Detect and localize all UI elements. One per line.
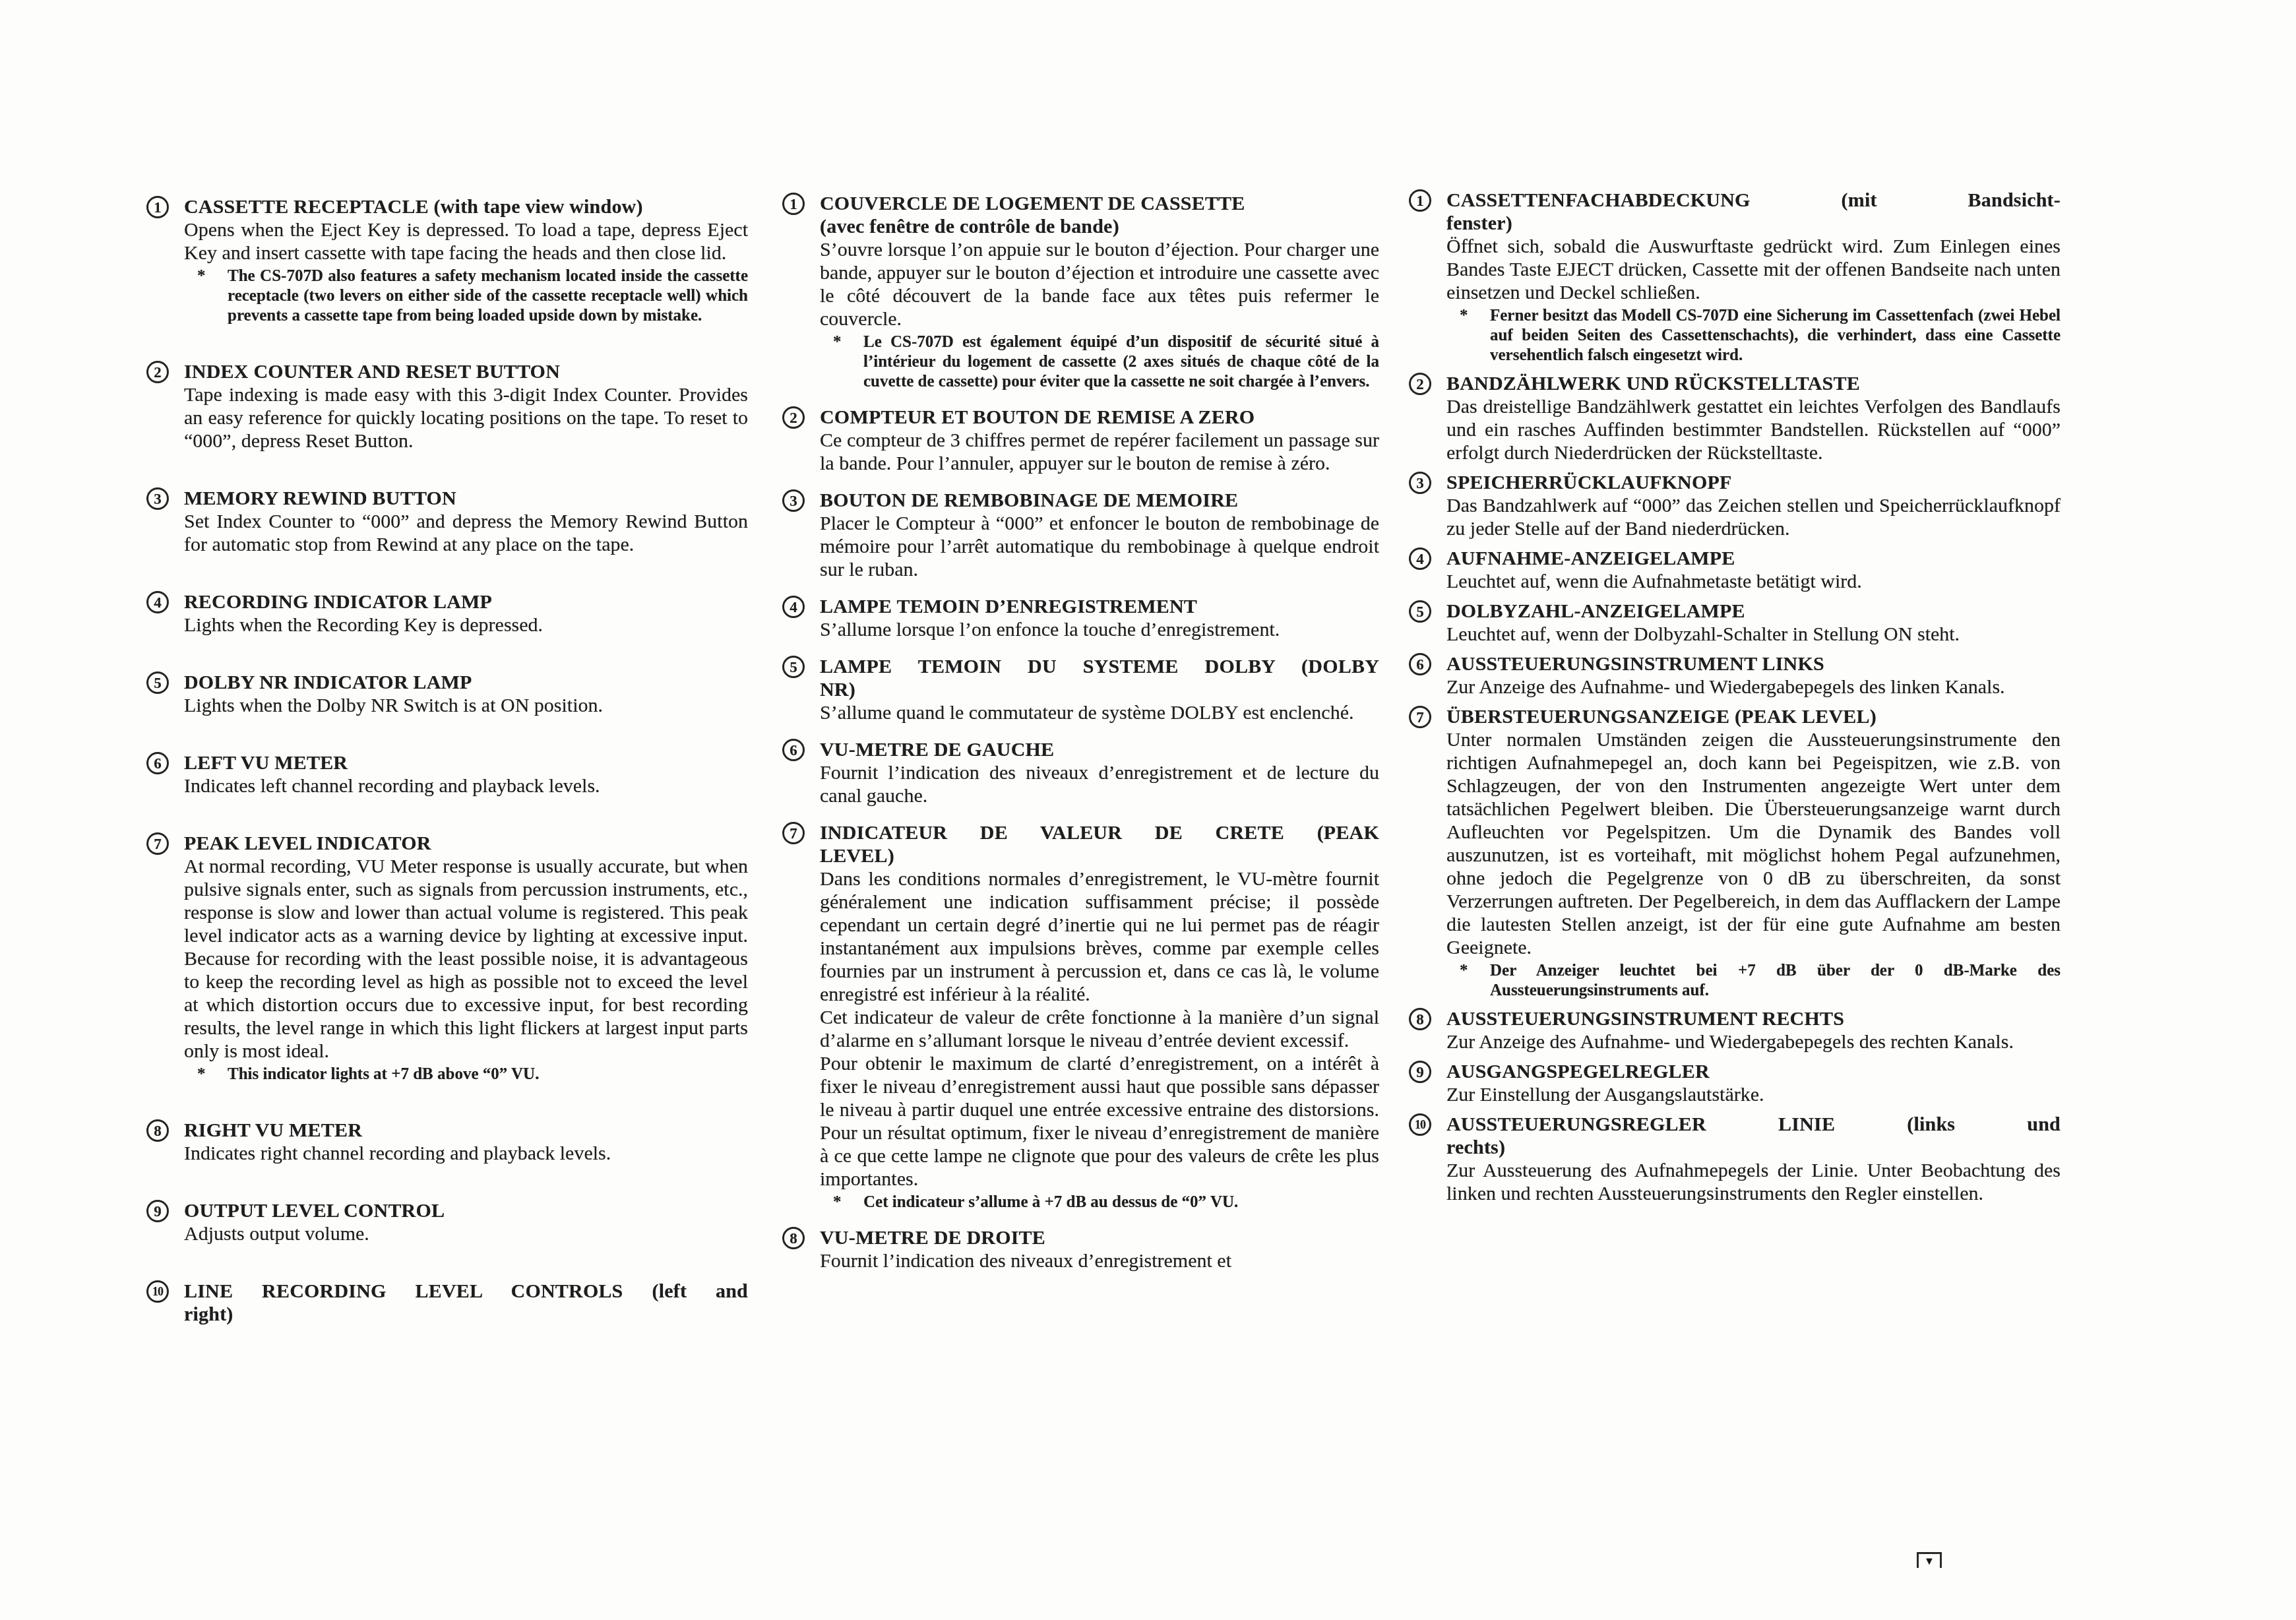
manual-page: 1CASSETTE RECEPTACLE (with tape view win… (0, 0, 2296, 1620)
paragraph: Cet indicateur de valeur de crête foncti… (820, 1006, 1379, 1052)
section-title: AUSSTEUERUNGSINSTRUMENT LINKS (1446, 652, 2061, 675)
paragraph: Lights when the Dolby NR Switch is at ON… (184, 694, 748, 717)
section-title: LEFT VU METER (184, 751, 748, 774)
section-title: AUSSTEUERUNGSREGLER LINIE (links undrech… (1446, 1113, 2061, 1159)
section-title: INDEX COUNTER AND RESET BUTTON (184, 360, 748, 383)
section: 10AUSSTEUERUNGSREGLER LINIE (links undre… (1409, 1113, 2061, 1205)
paragraph: Indicates right channel recording and pl… (184, 1142, 748, 1165)
section: 2INDEX COUNTER AND RESET BUTTONTape inde… (146, 360, 748, 452)
section: 9AUSGANGSPEGELREGLERZur Einstellung der … (1409, 1060, 2061, 1106)
section: 6LEFT VU METERIndicates left channel rec… (146, 751, 748, 797)
section-title-line: DOLBYZAHL-ANZEIGELAMPE (1446, 600, 2061, 623)
section-title-line: AUSSTEUERUNGSINSTRUMENT LINKS (1446, 652, 2061, 675)
section-number-badge: 3 (146, 487, 169, 510)
section: 8RIGHT VU METERIndicates right channel r… (146, 1119, 748, 1165)
footnote: *Der Anzeiger leuchtet bei +7 dB über de… (1460, 961, 2061, 1001)
section-title-line2: fenster) (1446, 212, 2061, 235)
section-title: COMPTEUR ET BOUTON DE REMISE A ZERO (820, 406, 1379, 429)
section-title-line2: rechts) (1446, 1136, 2061, 1159)
section-title: BANDZÄHLWERK UND RÜCKSTELLTASTE (1446, 372, 2061, 395)
section-title-line: AUSSTEUERUNGSINSTRUMENT RECHTS (1446, 1007, 2061, 1030)
section: 9OUTPUT LEVEL CONTROLAdjusts output volu… (146, 1199, 748, 1245)
section-title-line: OUTPUT LEVEL CONTROL (184, 1199, 748, 1222)
section: 8AUSSTEUERUNGSINSTRUMENT RECHTSZur Anzei… (1409, 1007, 2061, 1053)
section-title-line2: LEVEL) (820, 844, 1379, 867)
paragraph: Tape indexing is made easy with this 3-d… (184, 383, 748, 452)
section-title: BOUTON DE REMBOBINAGE DE MEMOIRE (820, 489, 1379, 512)
section: 2COMPTEUR ET BOUTON DE REMISE A ZEROCe c… (782, 406, 1379, 475)
section-title-line2: NR) (820, 678, 1379, 701)
section-number-badge: 9 (146, 1200, 169, 1222)
section-number-badge: 3 (782, 489, 805, 512)
section-title: VU-METRE DE DROITE (820, 1226, 1379, 1249)
section-title-line: AUSSTEUERUNGSREGLER LINIE (links und (1446, 1113, 2061, 1136)
paragraph: S’allume lorsque l’on enfonce la touche … (820, 618, 1379, 641)
section: 2BANDZÄHLWERK UND RÜCKSTELLTASTEDas drei… (1409, 372, 2061, 464)
section-number-badge: 8 (782, 1227, 805, 1249)
section-title: DOLBYZAHL-ANZEIGELAMPE (1446, 600, 2061, 623)
section-title: AUFNAHME-ANZEIGELAMPE (1446, 547, 2061, 570)
section-number-badge: 2 (146, 361, 169, 383)
paragraph: Zur Aussteuerung des Aufnahmepegels der … (1446, 1159, 2061, 1205)
section-title-line: INDEX COUNTER AND RESET BUTTON (184, 360, 748, 383)
section: 4AUFNAHME-ANZEIGELAMPELeuchtet auf, wenn… (1409, 547, 2061, 593)
section-number-badge: 2 (782, 406, 805, 429)
section-title-line: BOUTON DE REMBOBINAGE DE MEMOIRE (820, 489, 1379, 512)
section-title: MEMORY REWIND BUTTON (184, 487, 748, 510)
section-number-badge: 6 (146, 752, 169, 774)
section-number-badge: 7 (1409, 706, 1431, 728)
paragraph: Adjusts output volume. (184, 1222, 748, 1245)
section-title: DOLBY NR INDICATOR LAMP (184, 671, 748, 694)
section-number-badge: 10 (1409, 1113, 1431, 1136)
footnote-text: Der Anzeiger leuchtet bei +7 dB über der… (1490, 961, 2061, 1001)
section: 1CASSETTENFACHABDECKUNG (mit Bandsicht-f… (1409, 189, 2061, 365)
section: 3MEMORY REWIND BUTTONSet Index Counter t… (146, 487, 748, 556)
section: 6VU-METRE DE GAUCHEFournit l’indication … (782, 738, 1379, 807)
section: 7INDICATEUR DE VALEUR DE CRETE (PEAKLEVE… (782, 821, 1379, 1212)
section-title-line: AUSGANGSPEGELREGLER (1446, 1060, 2061, 1083)
section-title: AUSSTEUERUNGSINSTRUMENT RECHTS (1446, 1007, 2061, 1030)
section: 4LAMPE TEMOIN D’ENREGISTREMENTS’allume l… (782, 595, 1379, 641)
section-number-badge: 7 (146, 832, 169, 855)
section-title-line: CASSETTENFACHABDECKUNG (mit Bandsicht- (1446, 189, 2061, 212)
section-title: LAMPE TEMOIN D’ENREGISTREMENT (820, 595, 1379, 618)
paragraph: Indicates left channel recording and pla… (184, 774, 748, 797)
section: 5DOLBYZAHL-ANZEIGELAMPELeuchtet auf, wen… (1409, 600, 2061, 646)
section: 3BOUTON DE REMBOBINAGE DE MEMOIREPlacer … (782, 489, 1379, 581)
paragraph: Opens when the Eject Key is depressed. T… (184, 218, 748, 265)
section-title: OUTPUT LEVEL CONTROL (184, 1199, 748, 1222)
page-turn-icon: ▼ (1924, 1556, 1935, 1567)
paragraph: S’allume quand le commutateur de système… (820, 701, 1379, 724)
section-title-line: ÜBERSTEUERUNGSANZEIGE (PEAK LEVEL) (1446, 705, 2061, 728)
footnote: *Le CS-707D est également équipé d’un di… (833, 332, 1379, 392)
page-turn-mark: ▼ (1917, 1552, 1942, 1568)
section: 5LAMPE TEMOIN DU SYSTEME DOLBY (DOLBYNR)… (782, 655, 1379, 724)
section-title: LINE RECORDING LEVEL CONTROLS (left andr… (184, 1280, 748, 1326)
section-title: RIGHT VU METER (184, 1119, 748, 1142)
section-number-badge: 1 (1409, 189, 1431, 212)
footnote: *Cet indicateur s’allume à +7 dB au dess… (833, 1193, 1379, 1212)
section-title: INDICATEUR DE VALEUR DE CRETE (PEAKLEVEL… (820, 821, 1379, 867)
section-number-badge: 9 (1409, 1061, 1431, 1083)
section: 7ÜBERSTEUERUNGSANZEIGE (PEAK LEVEL)Unter… (1409, 705, 2061, 1001)
footnote: *Ferner besitzt das Modell CS-707D eine … (1460, 306, 2061, 365)
footnote-asterisk: * (197, 266, 228, 326)
section: 6AUSSTEUERUNGSINSTRUMENT LINKSZur Anzeig… (1409, 652, 2061, 699)
column-english: 1CASSETTE RECEPTACLE (with tape view win… (146, 195, 748, 1326)
paragraph: Öffnet sich, sobald die Auswurftaste ged… (1446, 235, 2061, 304)
footnote-text: The CS-707D also features a safety mecha… (228, 266, 748, 326)
paragraph: At normal recording, VU Meter response i… (184, 855, 748, 1063)
section-number-badge: 6 (1409, 653, 1431, 675)
section-number-badge: 1 (782, 193, 805, 215)
paragraph: Set Index Counter to “000” and depress t… (184, 510, 748, 556)
section-number-badge: 5 (1409, 600, 1431, 623)
paragraph: Leuchtet auf, wenn die Aufnahmetaste bet… (1446, 570, 2061, 593)
section: 3SPEICHERRÜCKLAUFKNOPFDas Bandzahlwerk a… (1409, 471, 2061, 540)
section-title: RECORDING INDICATOR LAMP (184, 590, 748, 613)
paragraph: Fournit l’indication des niveaux d’enreg… (820, 761, 1379, 807)
footnote-asterisk: * (1460, 961, 1490, 1001)
paragraph: Zur Anzeige des Aufnahme- und Wiedergabe… (1446, 1030, 2061, 1053)
footnote-text: This indicator lights at +7 dB above “0”… (228, 1065, 539, 1084)
section: 4RECORDING INDICATOR LAMPLights when the… (146, 590, 748, 637)
section-title-line: LINE RECORDING LEVEL CONTROLS (left and (184, 1280, 748, 1303)
footnote-text: Ferner besitzt das Modell CS-707D eine S… (1490, 306, 2061, 365)
paragraph: Lights when the Recording Key is depress… (184, 613, 748, 637)
section-title-line: DOLBY NR INDICATOR LAMP (184, 671, 748, 694)
section-title-line: CASSETTE RECEPTACLE (with tape view wind… (184, 195, 748, 218)
section-title-line2: (avec fenêtre de contrôle de bande) (820, 215, 1379, 238)
paragraph: Pour obtenir le maximum de clarté d’enre… (820, 1052, 1379, 1191)
section-title-line: VU-METRE DE GAUCHE (820, 738, 1379, 761)
section-title: COUVERCLE DE LOGEMENT DE CASSETTE(avec f… (820, 192, 1379, 238)
section-title-line: COUVERCLE DE LOGEMENT DE CASSETTE (820, 192, 1379, 215)
paragraph: Ce compteur de 3 chiffres permet de repé… (820, 429, 1379, 475)
footnote: *This indicator lights at +7 dB above “0… (197, 1065, 748, 1084)
section-number-badge: 4 (782, 596, 805, 618)
footnote-text: Le CS-707D est également équipé d’un dis… (863, 332, 1379, 392)
paragraph: Dans les conditions normales d’enregistr… (820, 867, 1379, 1006)
section: 5DOLBY NR INDICATOR LAMPLights when the … (146, 671, 748, 717)
section: 7PEAK LEVEL INDICATORAt normal recording… (146, 832, 748, 1084)
section-title: VU-METRE DE GAUCHE (820, 738, 1379, 761)
section-number-badge: 1 (146, 196, 169, 218)
section-number-badge: 10 (146, 1280, 169, 1303)
paragraph: Das Bandzahlwerk auf “000” das Zeichen s… (1446, 494, 2061, 540)
footnote: *The CS-707D also features a safety mech… (197, 266, 748, 326)
section-title-line: BANDZÄHLWERK UND RÜCKSTELLTASTE (1446, 372, 2061, 395)
section-title: LAMPE TEMOIN DU SYSTEME DOLBY (DOLBYNR) (820, 655, 1379, 701)
section: 1CASSETTE RECEPTACLE (with tape view win… (146, 195, 748, 326)
section-number-badge: 4 (1409, 547, 1431, 570)
footnote-asterisk: * (197, 1065, 228, 1084)
section-number-badge: 8 (1409, 1008, 1431, 1030)
column-german: 1CASSETTENFACHABDECKUNG (mit Bandsicht-f… (1409, 189, 2061, 1205)
section-title-line: RECORDING INDICATOR LAMP (184, 590, 748, 613)
section-title-line: INDICATEUR DE VALEUR DE CRETE (PEAK (820, 821, 1379, 844)
footnote-asterisk: * (1460, 306, 1490, 365)
paragraph: Zur Anzeige des Aufnahme- und Wiedergabe… (1446, 675, 2061, 699)
section: 1COUVERCLE DE LOGEMENT DE CASSETTE(avec … (782, 192, 1379, 392)
section-number-badge: 4 (146, 591, 169, 613)
section-title-line: MEMORY REWIND BUTTON (184, 487, 748, 510)
section-title-line2: right) (184, 1303, 748, 1326)
paragraph: Zur Einstellung der Ausgangslautstärke. (1446, 1083, 2061, 1106)
paragraph: Das dreistellige Bandzählwerk gestattet … (1446, 395, 2061, 464)
paragraph: Placer le Compteur à “000” et enfoncer l… (820, 512, 1379, 581)
section-number-badge: 7 (782, 822, 805, 844)
paragraph: Unter normalen Umständen zeigen die Auss… (1446, 728, 2061, 959)
section: 8VU-METRE DE DROITEFournit l’indication … (782, 1226, 1379, 1272)
section-number-badge: 8 (146, 1119, 169, 1142)
section: 10LINE RECORDING LEVEL CONTROLS (left an… (146, 1280, 748, 1326)
section-title-line: LAMPE TEMOIN DU SYSTEME DOLBY (DOLBY (820, 655, 1379, 678)
paragraph: Fournit l’indication des niveaux d’enreg… (820, 1249, 1379, 1272)
section-number-badge: 5 (146, 671, 169, 694)
footnote-asterisk: * (833, 1193, 863, 1212)
section-title: SPEICHERRÜCKLAUFKNOPF (1446, 471, 2061, 494)
section-title: PEAK LEVEL INDICATOR (184, 832, 748, 855)
section-number-badge: 2 (1409, 373, 1431, 395)
section-title-line: LAMPE TEMOIN D’ENREGISTREMENT (820, 595, 1379, 618)
paragraph: Leuchtet auf, wenn der Dolbyzahl-Schalte… (1446, 623, 2061, 646)
section-number-badge: 6 (782, 739, 805, 761)
section-number-badge: 3 (1409, 472, 1431, 494)
section-title-line: SPEICHERRÜCKLAUFKNOPF (1446, 471, 2061, 494)
section-title: CASSETTE RECEPTACLE (with tape view wind… (184, 195, 748, 218)
section-title-line: AUFNAHME-ANZEIGELAMPE (1446, 547, 2061, 570)
paragraph: S’ouvre lorsque l’on appuie sur le bouto… (820, 238, 1379, 330)
section-title: ÜBERSTEUERUNGSANZEIGE (PEAK LEVEL) (1446, 705, 2061, 728)
section-title: AUSGANGSPEGELREGLER (1446, 1060, 2061, 1083)
footnote-text: Cet indicateur s’allume à +7 dB au dessu… (863, 1193, 1238, 1212)
section-title-line: LEFT VU METER (184, 751, 748, 774)
section-number-badge: 5 (782, 656, 805, 678)
section-title-line: VU-METRE DE DROITE (820, 1226, 1379, 1249)
section-title-line: RIGHT VU METER (184, 1119, 748, 1142)
section-title: CASSETTENFACHABDECKUNG (mit Bandsicht-fe… (1446, 189, 2061, 235)
column-french: 1COUVERCLE DE LOGEMENT DE CASSETTE(avec … (782, 192, 1379, 1272)
section-title-line: PEAK LEVEL INDICATOR (184, 832, 748, 855)
section-title-line: COMPTEUR ET BOUTON DE REMISE A ZERO (820, 406, 1379, 429)
footnote-asterisk: * (833, 332, 863, 392)
